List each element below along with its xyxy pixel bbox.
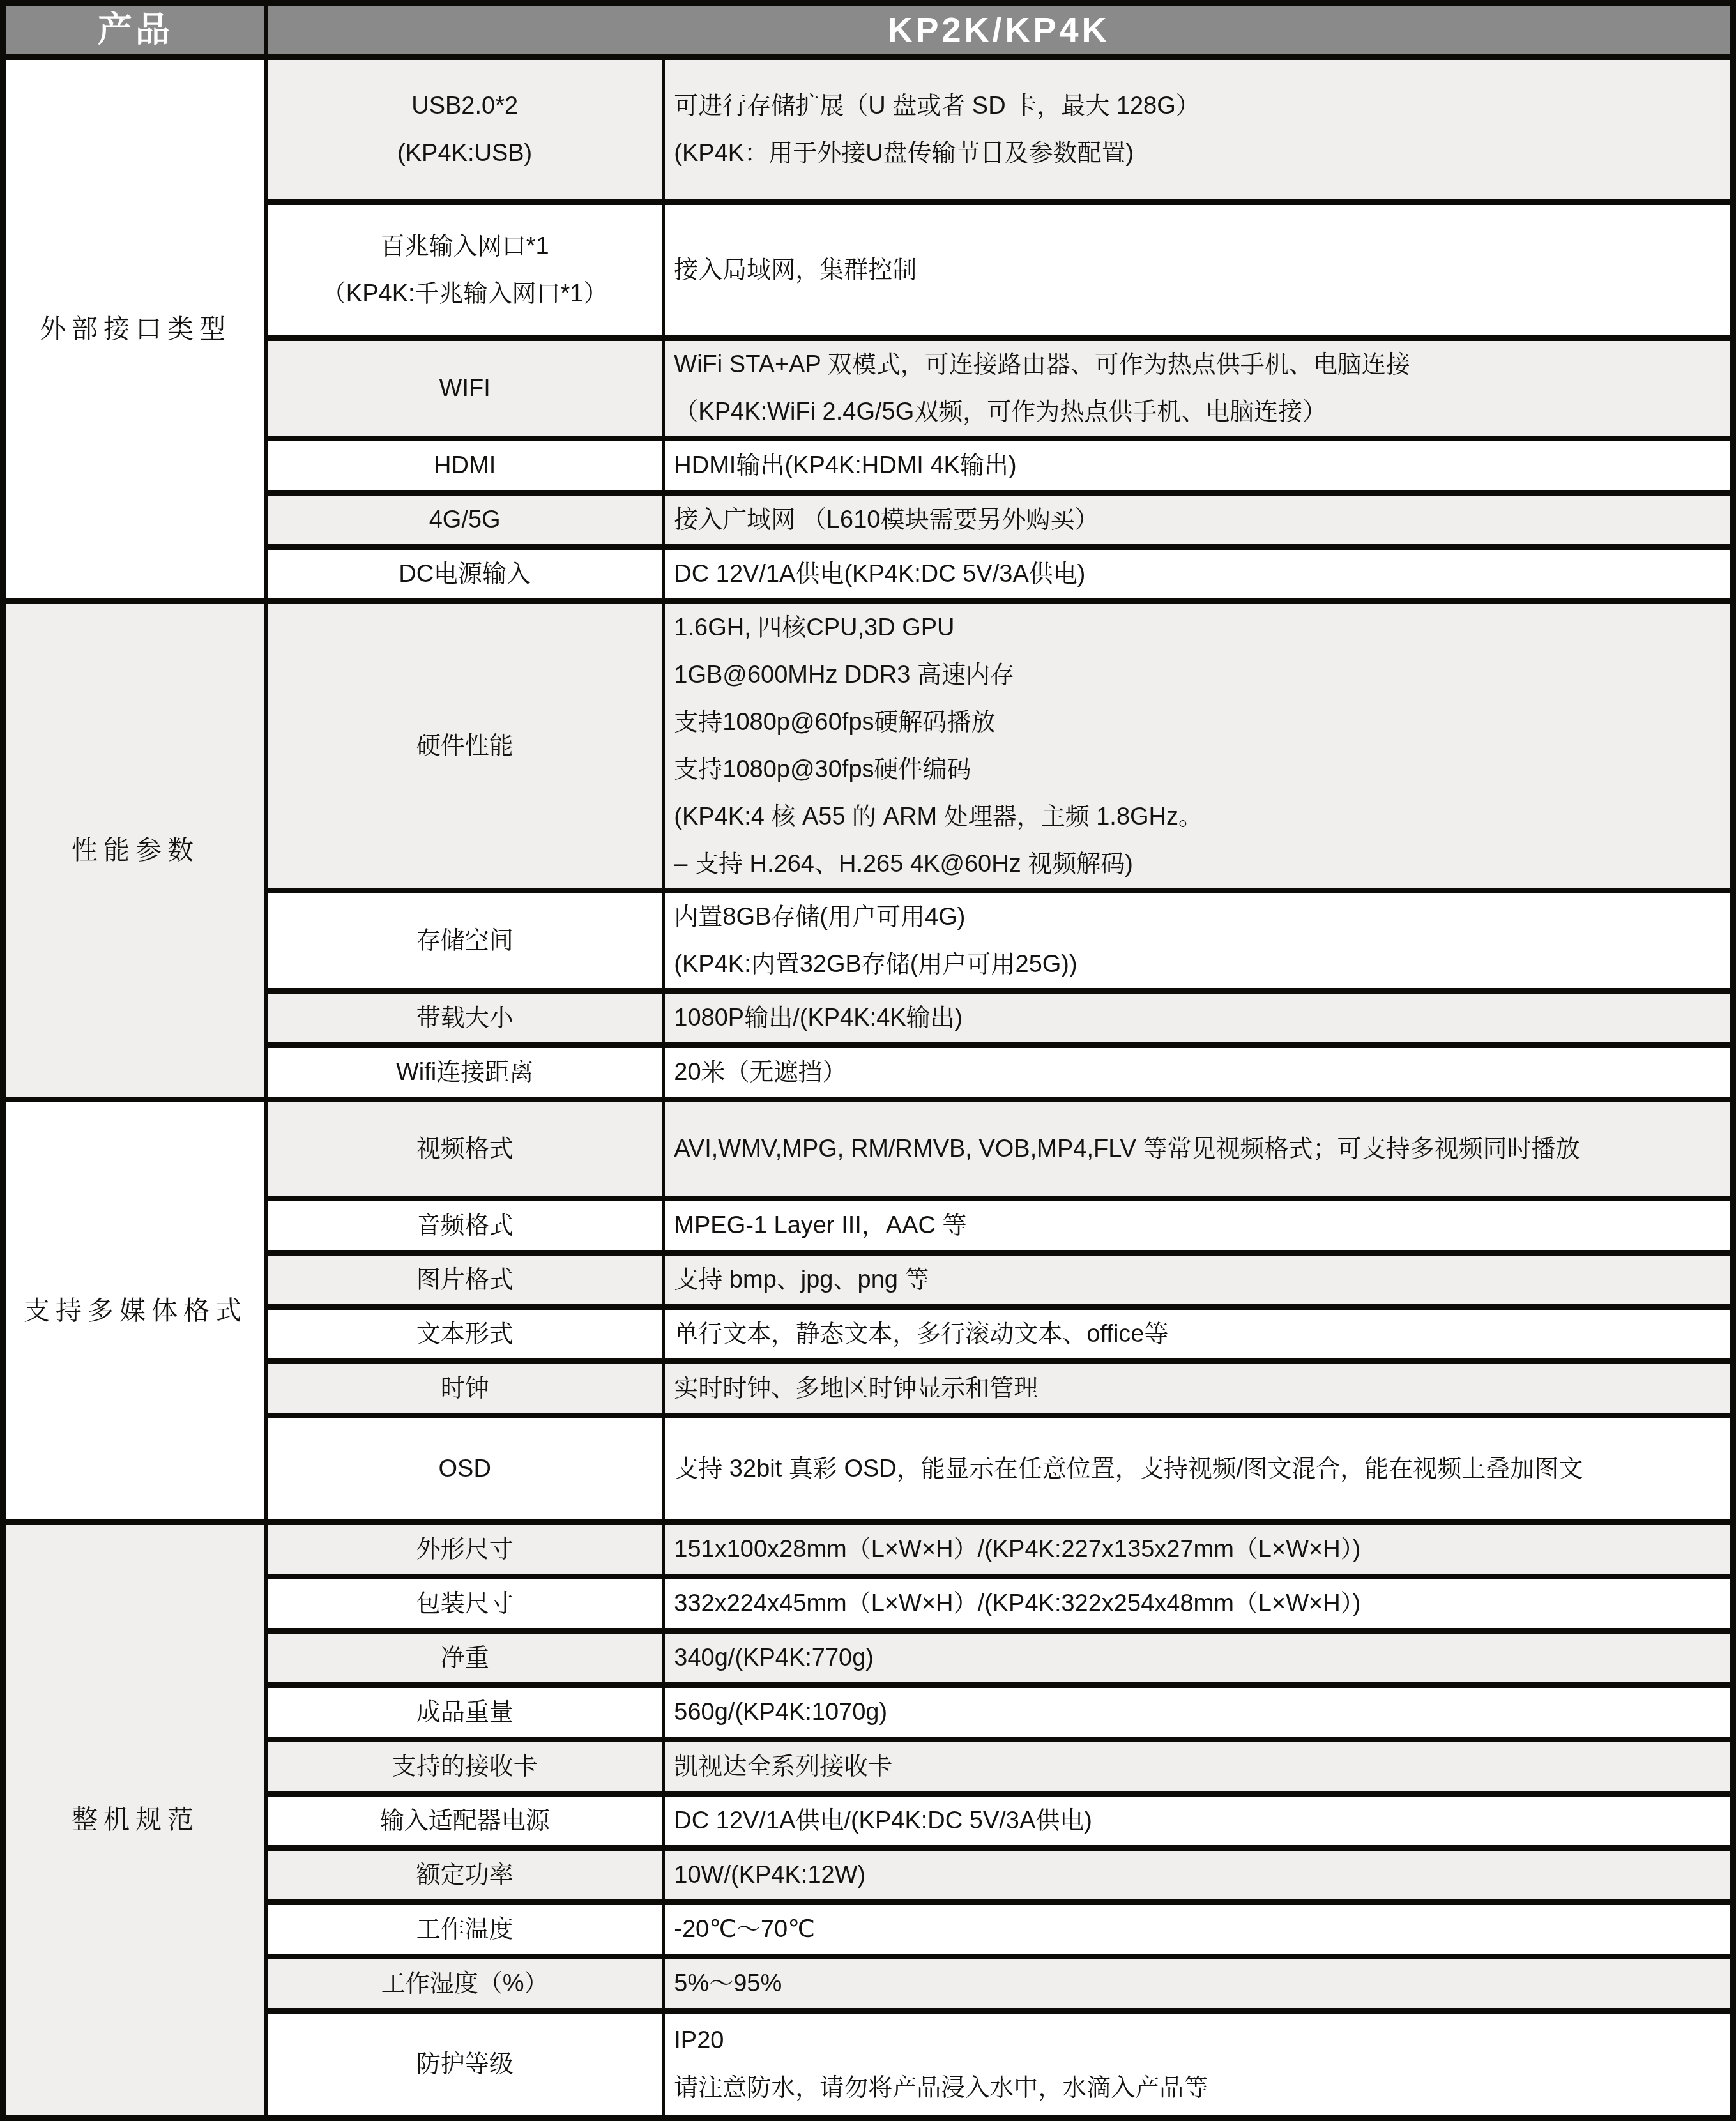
value-cell: 151x100x28mm（L×W×H）/(KP4K:227x135x27mm（L… <box>664 1522 1733 1576</box>
param-cell: 硬件性能 <box>266 601 664 890</box>
param-cell: 净重 <box>266 1631 664 1685</box>
value-cell: 支持 32bit 真彩 OSD，能显示在任意位置，支持视频/图文混合，能在视频上… <box>664 1415 1733 1522</box>
value-cell: MPEG-1 Layer III，AAC 等 <box>664 1198 1733 1252</box>
param-cell: 存储空间 <box>266 890 664 991</box>
param-cell: 4G/5G <box>266 492 664 547</box>
value-cell: 332x224x45mm（L×W×H）/(KP4K:322x254x48mm（L… <box>664 1576 1733 1631</box>
param-cell: 视频格式 <box>266 1099 664 1198</box>
value-cell: 20米（无遮挡） <box>664 1045 1733 1099</box>
value-cell: HDMI输出(KP4K:HDMI 4K输出) <box>664 438 1733 492</box>
value-cell: IP20 请注意防水，请勿将产品浸入水中，水滴入产品等 <box>664 2011 1733 2118</box>
spec-sheet-page: { "header": { "product_label": "产品", "mo… <box>0 0 1736 2007</box>
value-cell: 实时时钟、多地区时钟显示和管理 <box>664 1361 1733 1415</box>
value-cell: 5%～95% <box>664 1956 1733 2011</box>
group-cell-external-interfaces: 外部接口类型 <box>3 57 266 601</box>
param-cell: HDMI <box>266 438 664 492</box>
param-cell: Wifi连接距离 <box>266 1045 664 1099</box>
param-cell: 时钟 <box>266 1361 664 1415</box>
group-cell-performance: 性能参数 <box>3 601 266 1099</box>
value-cell: -20℃～70℃ <box>664 1902 1733 1956</box>
param-cell: 支持的接收卡 <box>266 1739 664 1793</box>
value-cell: 接入局域网，集群控制 <box>664 202 1733 338</box>
param-cell: 包装尺寸 <box>266 1576 664 1631</box>
value-cell: DC 12V/1A供电/(KP4K:DC 5V/3A供电) <box>664 1793 1733 1848</box>
product-header-cell: 产品 <box>3 3 266 57</box>
value-cell: DC 12V/1A供电(KP4K:DC 5V/3A供电) <box>664 547 1733 601</box>
param-cell: WIFI <box>266 338 664 438</box>
param-cell: 外形尺寸 <box>266 1522 664 1576</box>
model-header-cell: KP2K/KP4K <box>266 3 1733 57</box>
param-cell: 音频格式 <box>266 1198 664 1252</box>
table-row: 性能参数 硬件性能 1.6GH, 四核CPU,3D GPU 1GB@600MHz… <box>3 601 1733 890</box>
value-cell: 内置8GB存储(用户可用4G) (KP4K:内置32GB存储(用户可用25G)) <box>664 890 1733 991</box>
param-cell: 图片格式 <box>266 1252 664 1307</box>
value-cell: 可进行存储扩展（U 盘或者 SD 卡，最大 128G） (KP4K：用于外接U盘… <box>664 57 1733 202</box>
table-row: 外部接口类型 USB2.0*2 (KP4K:USB) 可进行存储扩展（U 盘或者… <box>3 57 1733 202</box>
param-cell: USB2.0*2 (KP4K:USB) <box>266 57 664 202</box>
value-cell: 340g/(KP4K:770g) <box>664 1631 1733 1685</box>
param-cell: 带载大小 <box>266 991 664 1045</box>
value-cell: AVI,WMV,MPG, RM/RMVB, VOB,MP4,FLV 等常见视频格… <box>664 1099 1733 1198</box>
value-cell: 1080P输出/(KP4K:4K输出) <box>664 991 1733 1045</box>
value-cell: 接入广域网 （L610模块需要另外购买） <box>664 492 1733 547</box>
header-row: 产品 KP2K/KP4K <box>3 3 1733 57</box>
value-cell: WiFi STA+AP 双模式，可连接路由器、可作为热点供手机、电脑连接 （KP… <box>664 338 1733 438</box>
table-row: 整机规范 外形尺寸 151x100x28mm（L×W×H）/(KP4K:227x… <box>3 1522 1733 1576</box>
value-cell: 支持 bmp、jpg、png 等 <box>664 1252 1733 1307</box>
param-cell: 成品重量 <box>266 1685 664 1739</box>
group-cell-multimedia-formats: 支持多媒体格式 <box>3 1099 266 1522</box>
param-cell: 工作温度 <box>266 1902 664 1956</box>
param-cell: DC电源输入 <box>266 547 664 601</box>
param-cell: 工作湿度（%） <box>266 1956 664 2011</box>
param-cell: 文本形式 <box>266 1307 664 1361</box>
spec-table: 产品 KP2K/KP4K 外部接口类型 USB2.0*2 (KP4K:USB) … <box>0 0 1736 2121</box>
param-cell: 输入适配器电源 <box>266 1793 664 1848</box>
table-row: 支持多媒体格式 视频格式 AVI,WMV,MPG, RM/RMVB, VOB,M… <box>3 1099 1733 1198</box>
param-cell: OSD <box>266 1415 664 1522</box>
value-cell: 单行文本，静态文本，多行滚动文本、office等 <box>664 1307 1733 1361</box>
param-cell: 额定功率 <box>266 1848 664 1902</box>
group-cell-machine-specs: 整机规范 <box>3 1522 266 2118</box>
value-cell: 560g/(KP4K:1070g) <box>664 1685 1733 1739</box>
value-cell: 凯视达全系列接收卡 <box>664 1739 1733 1793</box>
param-cell: 百兆输入网口*1 （KP4K:千兆输入网口*1） <box>266 202 664 338</box>
value-cell: 1.6GH, 四核CPU,3D GPU 1GB@600MHz DDR3 高速内存… <box>664 601 1733 890</box>
param-cell: 防护等级 <box>266 2011 664 2118</box>
value-cell: 10W/(KP4K:12W) <box>664 1848 1733 1902</box>
